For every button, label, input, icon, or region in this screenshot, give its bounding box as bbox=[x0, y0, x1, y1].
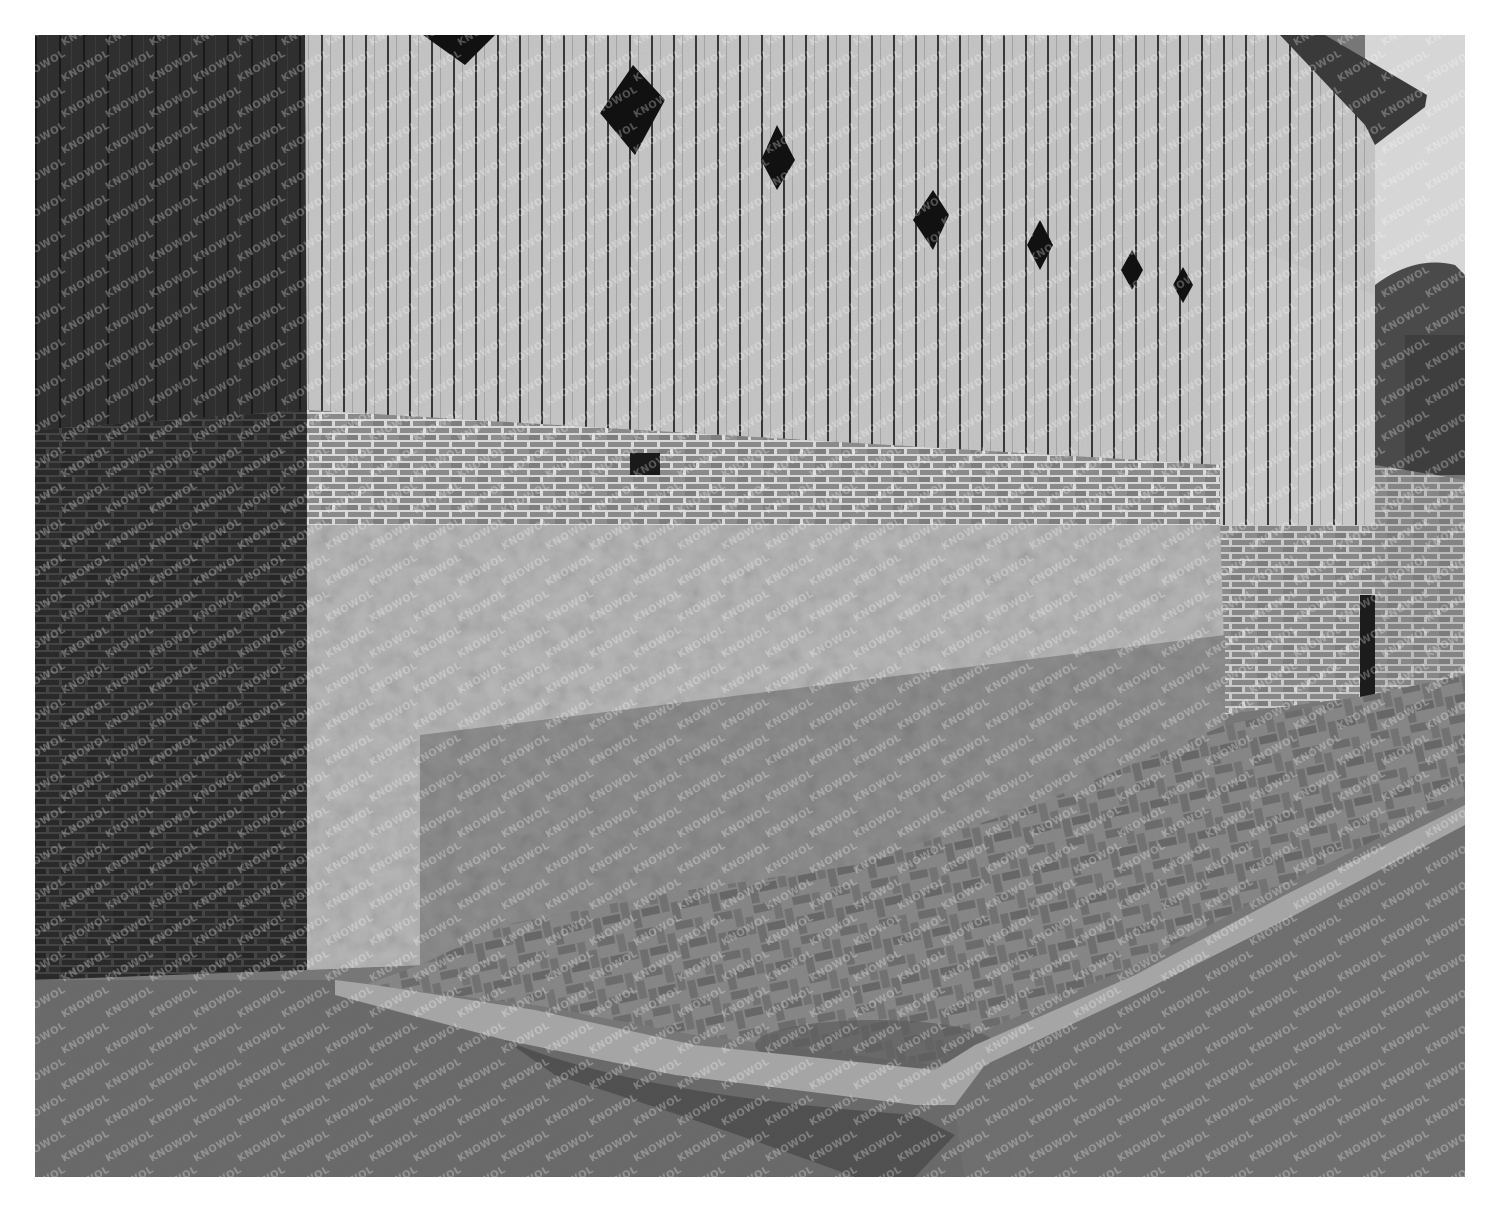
brick-wall-far-right bbox=[1375, 465, 1465, 695]
brick-wall-right bbox=[1220, 525, 1375, 715]
brick-corner-shaded bbox=[35, 410, 307, 980]
neighbor-building bbox=[1405, 335, 1465, 475]
barn-shaded-side bbox=[35, 35, 307, 430]
barn-scene bbox=[35, 35, 1465, 1177]
doorway bbox=[1360, 595, 1375, 705]
photograph: KNOWOLKNOWOLKNOWOLKNOWOLKNOWOLKNOWOLKNOW… bbox=[35, 35, 1465, 1177]
brick-vent bbox=[630, 453, 660, 475]
